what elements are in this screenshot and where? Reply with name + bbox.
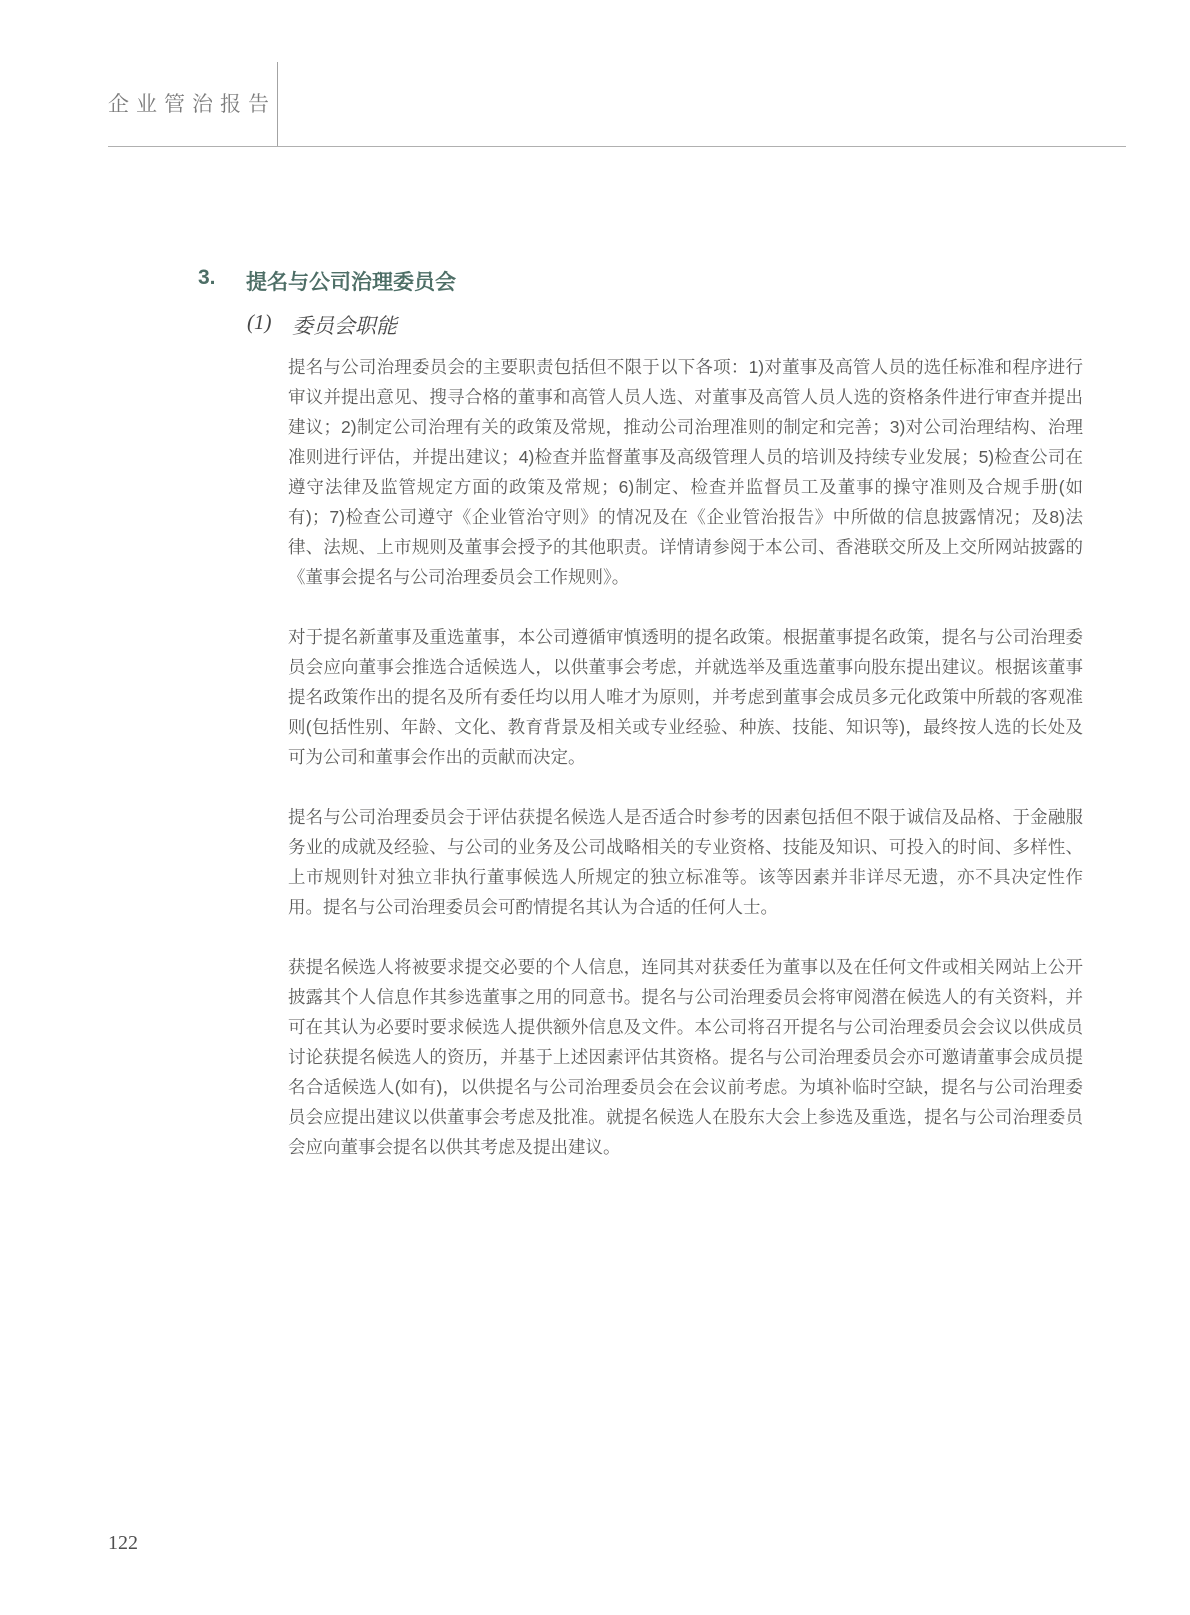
section-number: 3.	[198, 266, 246, 296]
paragraph-nomination-policy: 对于提名新董事及重选董事，本公司遵循审慎透明的提名政策。根据董事提名政策，提名与…	[288, 622, 1083, 772]
page-number: 122	[108, 1532, 138, 1555]
header-horizontal-rule	[108, 146, 1126, 147]
subsection-heading: (1) 委员会职能	[247, 310, 397, 340]
body-text: 提名与公司治理委员会的主要职责包括但不限于以下各项：1)对董事及高管人员的选任标…	[288, 352, 1083, 1162]
header-vertical-divider	[277, 62, 278, 147]
paragraph-candidate-factors: 提名与公司治理委员会于评估获提名候选人是否适合时参考的因素包括但不限于诚信及品格…	[288, 802, 1083, 922]
section-title: 提名与公司治理委员会	[246, 266, 456, 296]
document-page: 企业管治报告 3. 提名与公司治理委员会 (1) 委员会职能 提名与公司治理委员…	[0, 0, 1190, 1615]
running-header-title: 企业管治报告	[108, 88, 276, 118]
section-heading: 3. 提名与公司治理委员会	[198, 266, 456, 296]
paragraph-candidate-process: 获提名候选人将被要求提交必要的个人信息，连同其对获委任为董事以及在任何文件或相关…	[288, 952, 1083, 1162]
subsection-title: 委员会职能	[292, 310, 397, 340]
paragraph-committee-duties: 提名与公司治理委员会的主要职责包括但不限于以下各项：1)对董事及高管人员的选任标…	[288, 352, 1083, 592]
subsection-number: (1)	[247, 310, 292, 340]
